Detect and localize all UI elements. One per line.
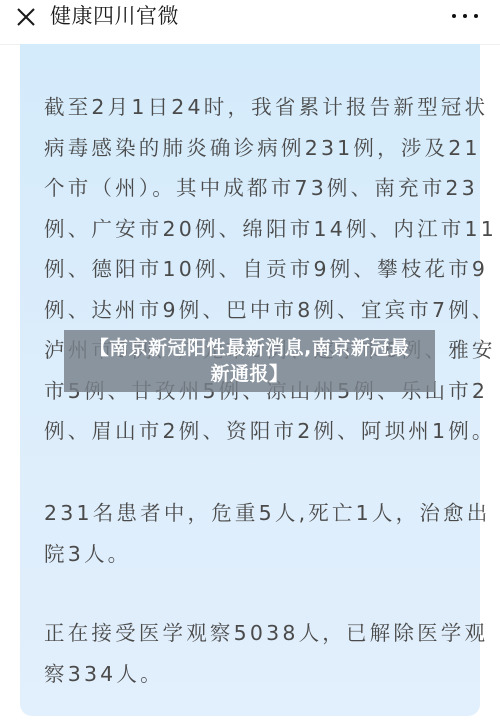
overlay-headline-banner: 【南京新冠阳性最新消息,南京新冠最 新通报】 xyxy=(64,330,435,392)
text-line: 例、广安市20例、绵阳市14例、内江市11 xyxy=(44,209,497,250)
more-horizontal-icon-dot xyxy=(474,14,478,18)
top-bar: 健康四川官微 xyxy=(0,0,500,45)
paragraph-case-summary: 截至2月1日24时，我省累计报告新型冠状 病毒感染的肺炎确诊病例231例，涉及2… xyxy=(44,87,497,452)
text-line: 院3人。 xyxy=(44,534,490,575)
text-line: 例、达州市9例、巴中市8例、宜宾市7例、 xyxy=(44,290,497,331)
paragraph-patient-status: 231名患者中，危重5人,死亡1人，治愈出 院3人。 xyxy=(44,493,490,574)
more-options-button[interactable] xyxy=(452,8,478,24)
close-button[interactable] xyxy=(14,5,38,29)
close-icon xyxy=(14,5,38,29)
text-line: 病毒感染的肺炎确诊病例231例，涉及21 xyxy=(44,128,497,169)
text-line: 231名患者中，危重5人,死亡1人，治愈出 xyxy=(44,493,490,534)
more-horizontal-icon-dot xyxy=(463,14,467,18)
text-line: 例、德阳市10例、自贡市9例、攀枝花市9 xyxy=(44,249,497,290)
text-line: 例、眉山市2例、资阳市2例、阿坝州1例。 xyxy=(44,411,497,452)
text-line: 截至2月1日24时，我省累计报告新型冠状 xyxy=(44,87,497,128)
text-line: 个市（州）。其中成都市73例、南充市23 xyxy=(44,168,497,209)
text-line: 正在接受医学观察5038人，已解除医学观 xyxy=(44,613,488,654)
text-line: 察334人。 xyxy=(44,654,488,695)
paragraph-medical-observation: 正在接受医学观察5038人，已解除医学观 察334人。 xyxy=(44,613,488,694)
banner-line: 【南京新冠阳性最新消息,南京新冠最 xyxy=(64,335,435,361)
banner-line: 新通报】 xyxy=(64,361,435,387)
page-title: 健康四川官微 xyxy=(50,2,179,30)
more-horizontal-icon-dot xyxy=(452,14,456,18)
